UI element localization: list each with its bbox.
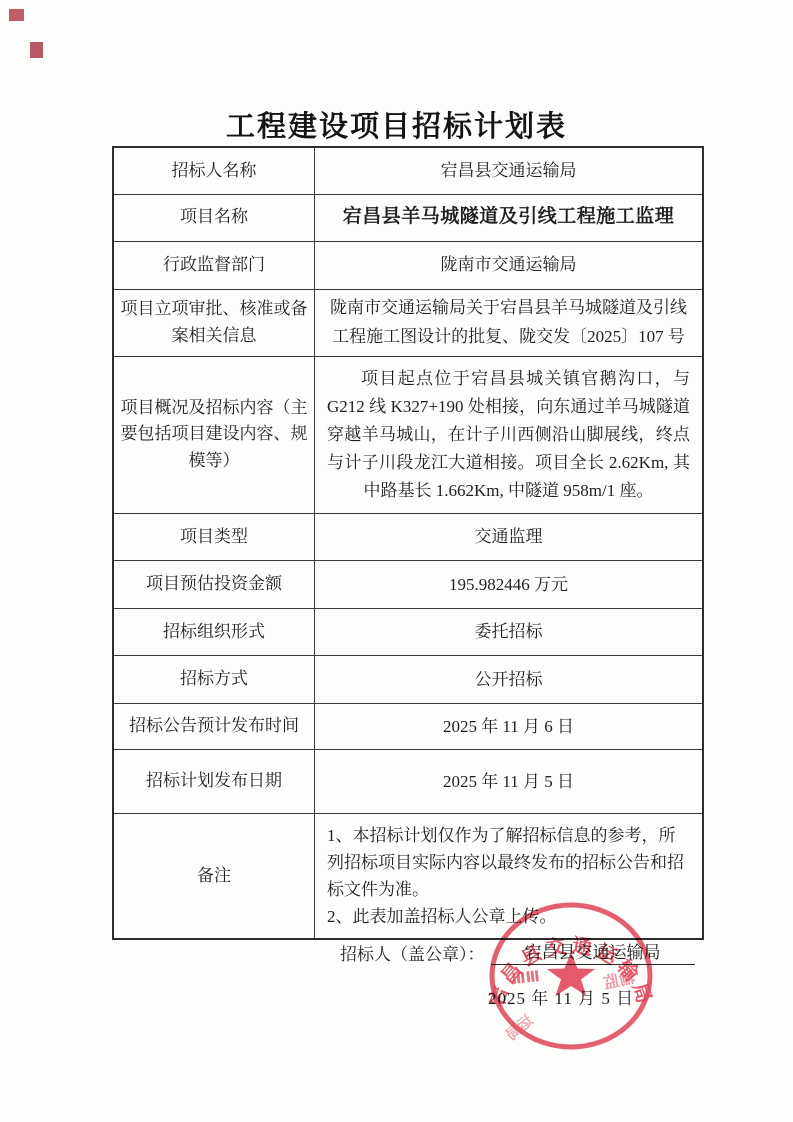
row-value-remarks: 1、本招标计划仅作为了解招标信息的参考，所列招标项目实际内容以最终发布的招标公告… — [315, 813, 704, 939]
row-value: 项目起点位于宕昌县城关镇官鹅沟口，与 G212 线 K327+190 处相接，向… — [315, 356, 704, 513]
row-value: 交通监理 — [315, 513, 704, 560]
row-label: 招标组织形式 — [113, 608, 315, 655]
row-value: 宕昌县交通运输局 — [315, 147, 704, 194]
row-value: 195.982446 万元 — [315, 560, 704, 608]
table-row: 项目名称 宕昌县羊马城隧道及引线工程施工监理 — [113, 194, 703, 241]
signer-label: 招标人（盖公章）： — [340, 940, 485, 965]
row-label: 招标方式 — [113, 655, 315, 703]
signature-date: 2025 年 11 月 5 日 — [488, 984, 634, 1009]
row-label: 行政监督部门 — [113, 241, 315, 289]
row-value: 陇南市交通运输局 — [315, 241, 704, 289]
row-value: 委托招标 — [315, 608, 704, 655]
table-row: 招标人名称 宕昌县交通运输局 — [113, 147, 703, 194]
row-value: 陇南市交通运输局关于宕昌县羊马城隧道及引线工程施工图设计的批复、陇交发〔2025… — [315, 289, 704, 356]
row-label: 招标人名称 — [113, 147, 315, 194]
row-label: 项目预估投资金额 — [113, 560, 315, 608]
table-row: 项目立项审批、核准或备案相关信息 陇南市交通运输局关于宕昌县羊马城隧道及引线工程… — [113, 289, 703, 356]
signer-name: 宕昌县交通运输局 — [491, 938, 695, 965]
row-value: 2025 年 11 月 6 日 — [315, 703, 704, 749]
row-label: 项目立项审批、核准或备案相关信息 — [113, 289, 315, 356]
table-row: 招标组织形式 委托招标 — [113, 608, 703, 655]
table-row: 招标计划发布日期 2025 年 11 月 5 日 — [113, 749, 703, 813]
bidding-plan-table: 招标人名称 宕昌县交通运输局 项目名称 宕昌县羊马城隧道及引线工程施工监理 行政… — [112, 146, 704, 940]
row-label: 招标公告预计发布时间 — [113, 703, 315, 749]
table-row: 项目概况及招标内容（主要包括项目建设内容、规模等） 项目起点位于宕昌县城关镇官鹅… — [113, 356, 703, 513]
table-row: 项目预估投资金额 195.982446 万元 — [113, 560, 703, 608]
table-row: 备注 1、本招标计划仅作为了解招标信息的参考，所列招标项目实际内容以最终发布的招… — [113, 813, 703, 939]
row-label: 备注 — [113, 813, 315, 939]
scan-artifact-mark — [9, 9, 24, 21]
page-title: 工程建设项目招标计划表 — [0, 104, 793, 145]
table-row: 招标方式 公开招标 — [113, 655, 703, 703]
row-value: 公开招标 — [315, 655, 704, 703]
scanned-document-page: 工程建设项目招标计划表 招标人名称 宕昌县交通运输局 项目名称 宕昌县羊马城隧道… — [0, 0, 793, 1122]
row-label: 项目类型 — [113, 513, 315, 560]
row-label: 项目名称 — [113, 194, 315, 241]
table-row: 项目类型 交通监理 — [113, 513, 703, 560]
signature-line: 招标人（盖公章）： 宕昌县交通运输局 — [340, 938, 695, 965]
row-label: 招标计划发布日期 — [113, 749, 315, 813]
scan-artifact-mark — [30, 42, 43, 58]
table-row: 行政监督部门 陇南市交通运输局 — [113, 241, 703, 289]
seal-ghost-text-bottom: 运局 — [503, 1012, 537, 1044]
row-value: 2025 年 11 月 5 日 — [315, 749, 704, 813]
row-label: 项目概况及招标内容（主要包括项目建设内容、规模等） — [113, 356, 315, 513]
row-value: 宕昌县羊马城隧道及引线工程施工监理 — [315, 194, 704, 241]
table-row: 招标公告预计发布时间 2025 年 11 月 6 日 — [113, 703, 703, 749]
